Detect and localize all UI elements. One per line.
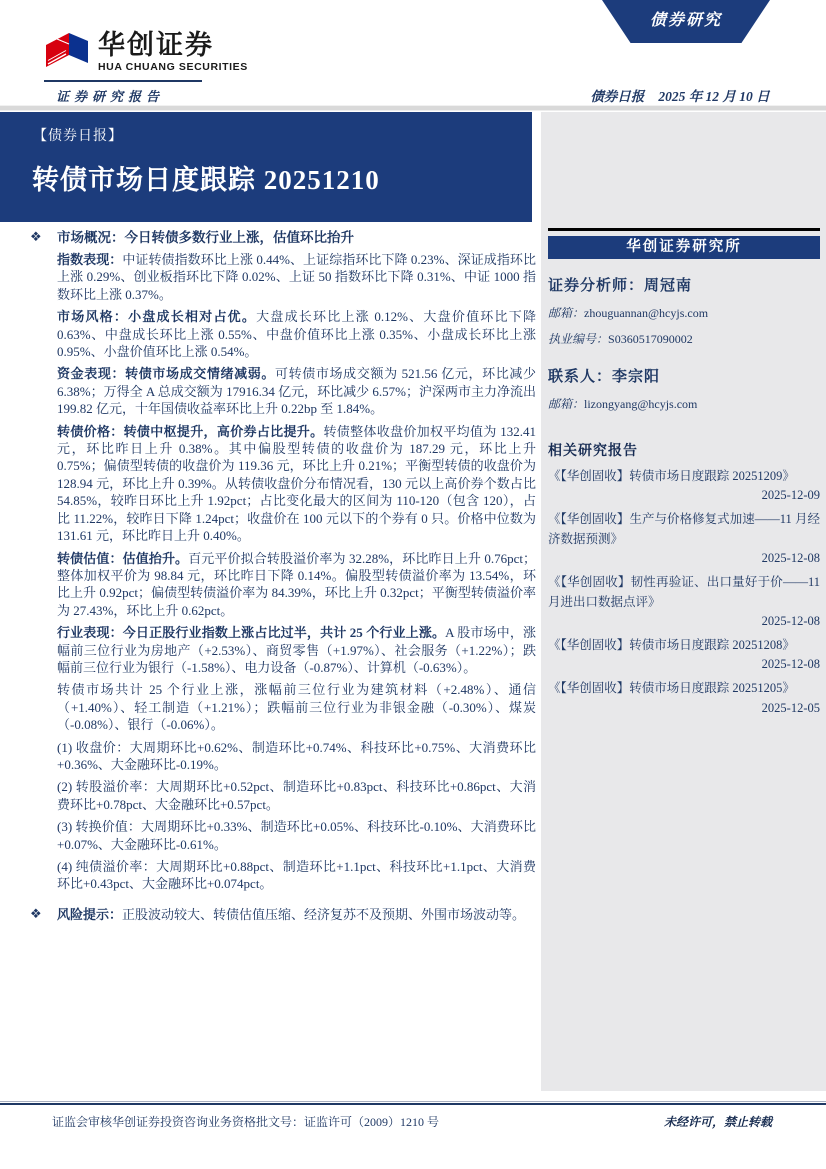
report-date-line: 债券日报2025 年 12 月 10 日 (560, 85, 800, 105)
report-date: 2025 年 12 月 10 日 (658, 89, 769, 104)
license-label: 执业编号： (548, 332, 608, 346)
header-divider (0, 105, 826, 111)
huachuang-logo-icon (44, 30, 90, 78)
logo-underline (44, 80, 202, 82)
related-report-item: 《【华创固收】转债市场日度跟踪 20251205》 2025-12-05 (548, 679, 820, 715)
paragraph-text: 转债整体收盘价加权平均值为 132.41 元，环比昨日上升 0.38%。其中偏股… (57, 424, 536, 543)
paragraph-close-price: (1) 收盘价：大周期环比+0.62%、制造环比+0.74%、科技环比+0.75… (57, 739, 536, 774)
related-report-link[interactable]: 《【华创固收】生产与价格修复式加速——11 月经济数据预测》 (548, 510, 820, 549)
overview-label: 市场概况： (57, 230, 125, 245)
paragraph-conversion-value: (3) 转换价值：大周期环比+0.33%、制造环比+0.05%、科技环比-0.1… (57, 818, 536, 853)
paragraph-text: 中证转债指数环比上涨 0.44%、上证综指环比下降 0.23%、深证成指环比上涨… (57, 252, 536, 302)
paragraph-lead: 资金表现：转债市场成交情绪减弱。 (57, 366, 275, 381)
paragraph-lead: 指数表现： (57, 252, 122, 267)
related-report-date: 2025-12-08 (548, 551, 820, 566)
related-report-item: 《【华创固收】生产与价格修复式加速——11 月经济数据预测》 2025-12-0… (548, 510, 820, 566)
contact-line: 联系人：李宗阳 (548, 365, 820, 386)
brand-text-block: 华创证券 HUA CHUANG SECURITIES (98, 30, 248, 73)
diamond-bullet-icon: ❖ (30, 229, 57, 245)
footer-copyright-text: 未经许可，禁止转载 (664, 1113, 772, 1130)
contact-email-line: 邮箱：lizongyang@hcyjs.com (548, 395, 820, 412)
page-title: 转债市场日度跟踪 20251210 (32, 158, 380, 197)
paragraph-text: (1) 收盘价：大周期环比+0.62%、制造环比+0.74%、科技环比+0.75… (57, 740, 536, 772)
company-logo: 华创证券 HUA CHUANG SECURITIES (44, 30, 248, 78)
overview-section: ❖ 市场概况：今日转债多数行业上涨，估值环比抬升 (30, 229, 536, 246)
footer-divider-navy (0, 1103, 826, 1105)
related-report-date: 2025-12-05 (548, 701, 820, 716)
paragraph-lead: 市场风格：小盘成长相对占优。 (57, 309, 256, 324)
banner-category: 【债券日报】 (33, 125, 123, 145)
analyst-email: zhouguannan@hcyjs.com (584, 306, 708, 320)
email-label: 邮箱： (548, 306, 584, 320)
paragraph-industry: 行业表现：今日正股行业指数上涨占比过半，共计 25 个行业上涨。A 股市场中，涨… (57, 624, 536, 676)
series-label: 债券日报 (590, 89, 644, 104)
analyst-name: 周冠南 (644, 278, 692, 294)
brand-name-cn: 华创证券 (98, 30, 248, 60)
paragraph-conversion-premium: (2) 转股溢价率：大周期环比+0.52pct、制造环比+0.83pct、科技环… (57, 778, 536, 813)
sidebar-inner: 华创证券研究所 证券分析师：周冠南 邮箱：zhouguannan@hcyjs.c… (541, 112, 826, 716)
paragraph-lead: 行业表现：今日正股行业指数上涨占比过半，共计 25 个行业上涨。 (57, 625, 445, 640)
related-report-link[interactable]: 《【华创固收】韧性再验证、出口量好于价——11 月进出口数据点评》 (548, 573, 820, 612)
paragraph-market-style: 市场风格：小盘成长相对占优。大盘成长环比上涨 0.12%、大盘价值环比下降 0.… (57, 308, 536, 360)
paragraph-funds: 资金表现：转债市场成交情绪减弱。可转债市场成交额为 521.56 亿元，环比减少… (57, 365, 536, 417)
sidebar-top-rule (548, 228, 820, 231)
license-number: S0360517090002 (608, 332, 693, 346)
analyst-line: 证券分析师：周冠南 (548, 274, 820, 295)
paragraph-lead: 转债估值：估值抬升。 (57, 551, 188, 566)
report-page: { "header": { "brand_cn": "华创证券", "brand… (0, 0, 826, 1169)
category-ribbon: 债券研究 (602, 0, 770, 43)
contact-label: 联系人： (548, 369, 612, 385)
paragraph-cb-valuation: 转债估值：估值抬升。百元平价拟合转股溢价率为 32.28%，环比昨日上升 0.7… (57, 550, 536, 620)
related-report-link[interactable]: 《【华创固收】转债市场日度跟踪 20251205》 (548, 679, 820, 698)
footer-license-text: 证监会审核华创证券投资咨询业务资格批文号：证监许可（2009）1210 号 (52, 1113, 439, 1130)
analyst-email-line: 邮箱：zhouguannan@hcyjs.com (548, 304, 820, 321)
footer-divider-light (0, 1101, 826, 1102)
risk-paragraph: 风险提示：正股波动较大、转债估值压缩、经济复苏不及预期、外围市场波动等。 (57, 906, 536, 923)
title-banner: 【债券日报】 转债市场日度跟踪 20251210 (0, 112, 532, 222)
sidebar: 华创证券研究所 证券分析师：周冠南 邮箱：zhouguannan@hcyjs.c… (541, 112, 826, 1091)
brand-name-en: HUA CHUANG SECURITIES (98, 61, 248, 73)
analyst-label: 证券分析师： (548, 278, 644, 294)
report-type-label: 证券研究报告 (56, 86, 164, 105)
paragraph-lead: 转债价格：转债中枢提升，高价券占比提升。 (57, 424, 323, 439)
email-label: 邮箱： (548, 397, 584, 411)
paragraph-text: (2) 转股溢价率：大周期环比+0.52pct、制造环比+0.83pct、科技环… (57, 779, 536, 811)
paragraph-text: (4) 纯债溢价率：大周期环比+0.88pct、制造环比+1.1pct、科技环比… (57, 859, 536, 891)
main-content: ❖ 市场概况：今日转债多数行业上涨，估值环比抬升 指数表现：中证转债指数环比上涨… (30, 229, 536, 923)
institute-banner: 华创证券研究所 (548, 236, 820, 259)
license-line: 执业编号：S0360517090002 (548, 330, 820, 347)
risk-label: 风险提示： (57, 907, 122, 922)
overview-headline: 市场概况：今日转债多数行业上涨，估值环比抬升 (57, 229, 354, 246)
diamond-bullet-icon: ❖ (30, 906, 57, 922)
overview-text: 今日转债多数行业上涨，估值环比抬升 (125, 230, 355, 245)
related-report-link[interactable]: 《【华创固收】转债市场日度跟踪 20251208》 (548, 636, 820, 655)
paragraph-cb-price: 转债价格：转债中枢提升，高价券占比提升。转债整体收盘价加权平均值为 132.41… (57, 423, 536, 545)
paragraph-text: 转债市场共计 25 个行业上涨，涨幅前三位行业为建筑材料（+2.48%）、通信（… (57, 682, 536, 732)
paragraph-cb-industry: 转债市场共计 25 个行业上涨，涨幅前三位行业为建筑材料（+2.48%）、通信（… (57, 681, 536, 733)
related-report-item: 《【华创固收】转债市场日度跟踪 20251208》 2025-12-08 (548, 636, 820, 672)
related-report-date: 2025-12-08 (548, 614, 820, 629)
related-report-date: 2025-12-09 (548, 488, 820, 503)
related-report-date: 2025-12-08 (548, 657, 820, 672)
paragraph-pure-bond-premium: (4) 纯债溢价率：大周期环比+0.88pct、制造环比+1.1pct、科技环比… (57, 858, 536, 893)
paragraph-text: (3) 转换价值：大周期环比+0.33%、制造环比+0.05%、科技环比-0.1… (57, 819, 536, 851)
risk-section: ❖ 风险提示：正股波动较大、转债估值压缩、经济复苏不及预期、外围市场波动等。 (30, 906, 536, 923)
contact-name: 李宗阳 (612, 369, 660, 385)
risk-text: 正股波动较大、转债估值压缩、经济复苏不及预期、外围市场波动等。 (122, 907, 525, 922)
related-report-link[interactable]: 《【华创固收】转债市场日度跟踪 20251209》 (548, 467, 820, 486)
related-report-item: 《【华创固收】韧性再验证、出口量好于价——11 月进出口数据点评》 2025-1… (548, 573, 820, 629)
contact-email: lizongyang@hcyjs.com (584, 397, 697, 411)
related-reports-heading: 相关研究报告 (548, 440, 820, 460)
paragraph-index-performance: 指数表现：中证转债指数环比上涨 0.44%、上证综指环比下降 0.23%、深证成… (57, 251, 536, 303)
related-report-item: 《【华创固收】转债市场日度跟踪 20251209》 2025-12-09 (548, 467, 820, 503)
